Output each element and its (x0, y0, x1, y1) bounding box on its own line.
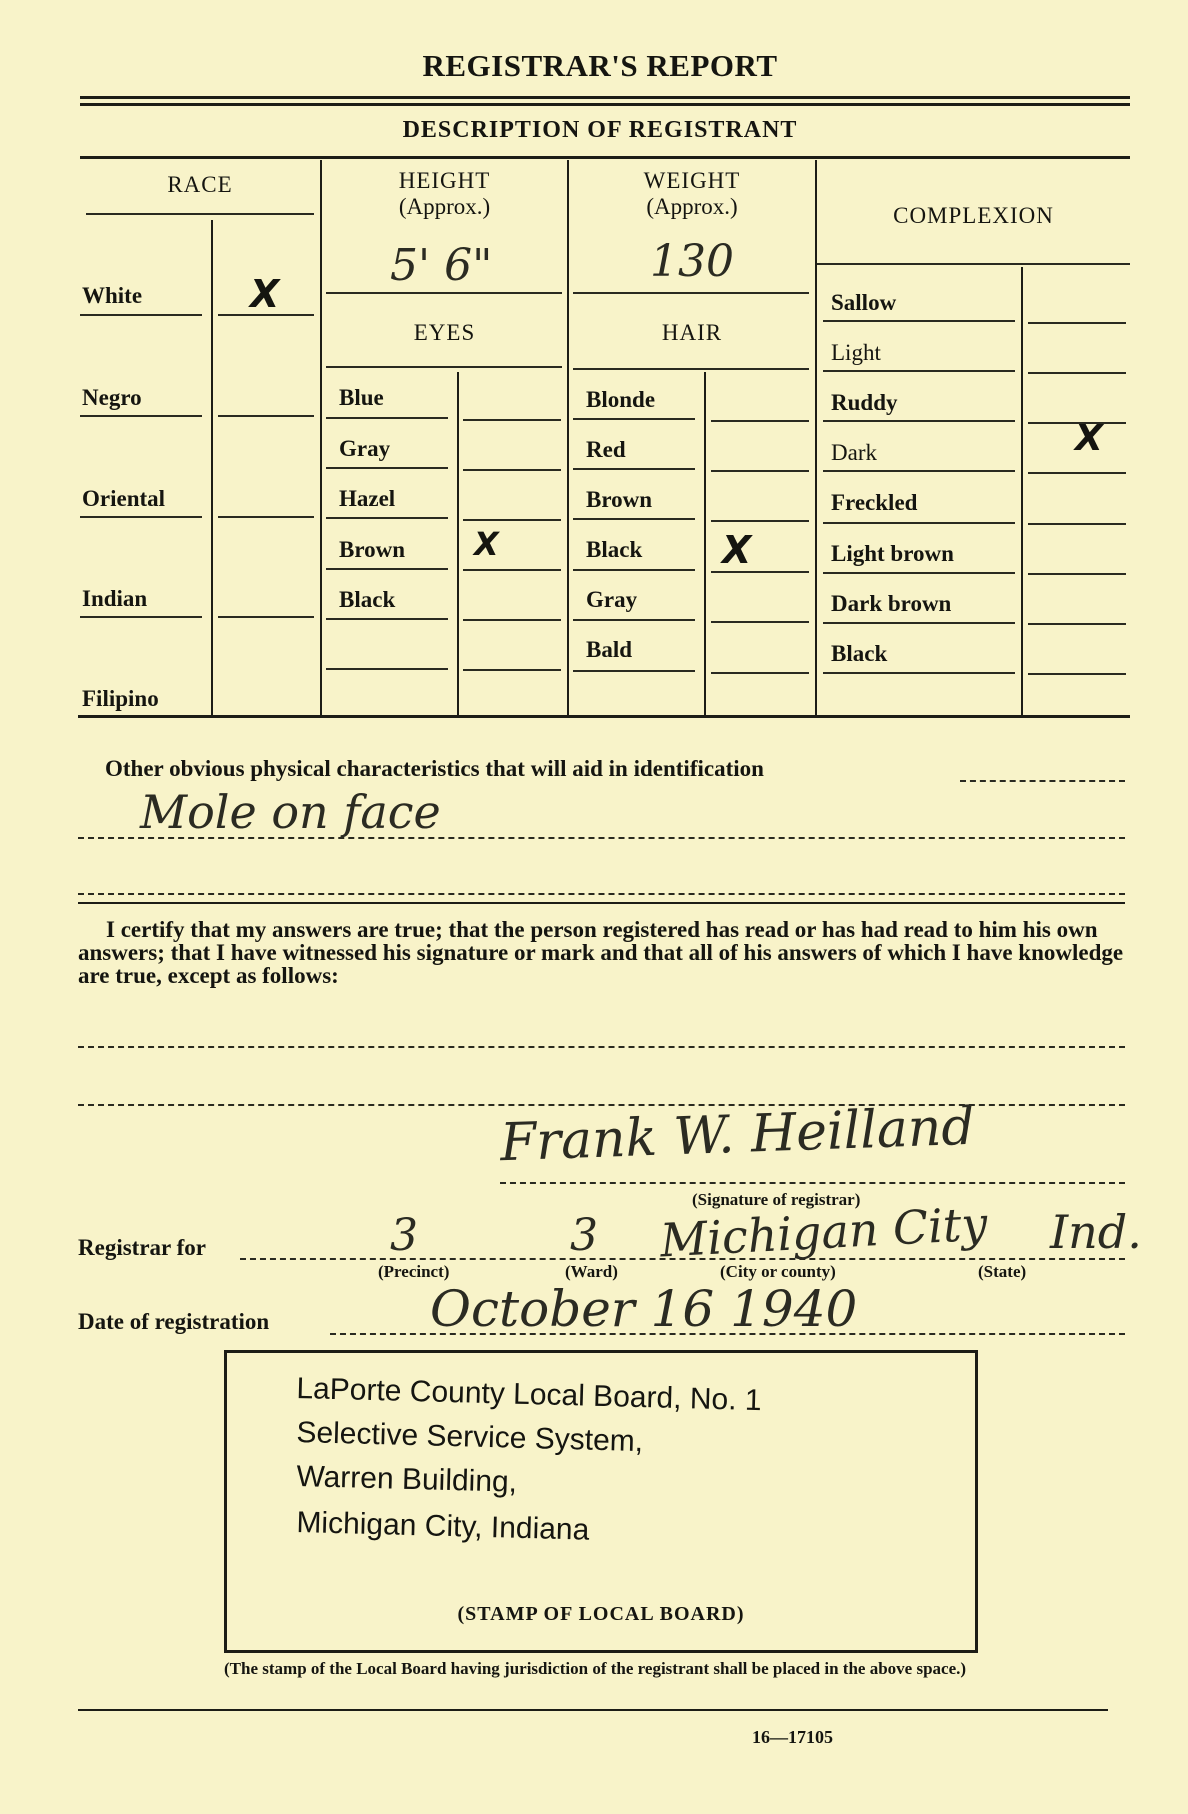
hair-option-red: Red (586, 437, 626, 463)
row-rule (80, 616, 202, 618)
hair-header-rule (573, 368, 809, 370)
eyes-option-blue: Blue (339, 385, 384, 411)
other-line (960, 780, 1125, 782)
weight-rule (573, 292, 809, 294)
form-number: 16—17105 (752, 1727, 833, 1748)
eyes-mark-divider (457, 372, 459, 715)
height-rule (326, 292, 562, 294)
eyes-check-hazel (463, 519, 561, 521)
other-characteristics-value[interactable]: Mole on face (140, 785, 441, 839)
row-rule (823, 672, 1015, 674)
row-rule (326, 517, 448, 519)
race-header-rule (86, 213, 314, 215)
row-rule (80, 314, 202, 316)
complexion-check-dark-brown (1028, 623, 1126, 625)
complexion-check-dark[interactable]: X (1075, 418, 1103, 459)
race-option-negro: Negro (82, 385, 142, 411)
signature-line (500, 1182, 1125, 1184)
race-option-white: White (82, 283, 142, 309)
table-bottom-rule (78, 715, 1130, 718)
hair-option-blonde: Blonde (586, 387, 655, 413)
weight-sub: (Approx.) (569, 194, 815, 219)
state-caption: (State) (978, 1262, 1026, 1282)
race-check-oriental (218, 516, 314, 518)
title-rule-1 (80, 96, 1130, 99)
eyes-option-black: Black (339, 587, 395, 613)
exception-line (78, 1046, 1125, 1048)
stamp-box: LaPorte County Local Board, No. 1 Select… (224, 1350, 978, 1653)
hair-check-red (711, 470, 809, 472)
complexion-check-sallow (1028, 322, 1126, 324)
hair-check-brown (711, 520, 809, 522)
eyes-header: EYES (322, 320, 567, 345)
complexion-header: COMPLEXION (817, 203, 1130, 228)
hair-check-bald (711, 672, 809, 674)
precinct-caption: (Precinct) (378, 1262, 449, 1282)
hair-check-gray (711, 621, 809, 623)
height-sub: (Approx.) (322, 194, 567, 219)
height-header: HEIGHT (322, 168, 567, 193)
complexion-option-black: Black (831, 641, 887, 667)
complexion-option-sallow: Sallow (831, 290, 896, 316)
hair-option-brown: Brown (586, 487, 652, 513)
complexion-check-light (1028, 372, 1126, 374)
col-divider (815, 160, 817, 715)
other-line (78, 837, 1125, 839)
city-caption: (City or county) (720, 1262, 836, 1282)
row-rule (326, 568, 448, 570)
row-rule (326, 467, 448, 469)
race-option-indian: Indian (82, 586, 147, 612)
title-rule-2 (80, 103, 1130, 106)
row-rule (573, 518, 695, 520)
stamp-line-3: Warren Building, (296, 1455, 518, 1505)
complexion-check-light-brown (1028, 573, 1126, 575)
row-rule (326, 417, 448, 419)
height-value[interactable]: 5' 6" (390, 240, 492, 291)
complexion-check-black (1028, 673, 1126, 675)
registrar-for-label: Registrar for (78, 1236, 206, 1259)
registrar-signature[interactable]: Frank W. Heilland (499, 1097, 975, 1174)
hair-mark-divider (704, 372, 706, 715)
row-rule (823, 470, 1015, 472)
race-option-filipino: Filipino (82, 686, 159, 712)
section-rule (78, 902, 1125, 904)
race-check-indian (218, 616, 314, 618)
row-rule (573, 418, 695, 420)
row-rule (573, 619, 695, 621)
col-divider (320, 160, 322, 715)
row-rule (218, 314, 314, 316)
stamp-instruction-note: (The stamp of the Local Board having jur… (224, 1660, 984, 1677)
date-label: Date of registration (78, 1310, 269, 1333)
hair-option-gray: Gray (586, 587, 637, 613)
complexion-option-dark: Dark (831, 440, 877, 466)
complexion-option-freckled: Freckled (831, 490, 917, 516)
section-subtitle: DESCRIPTION OF REGISTRANT (0, 117, 1188, 144)
weight-header: WEIGHT (569, 168, 815, 193)
row-rule (573, 468, 695, 470)
other-characteristics-label: Other obvious physical characteristics t… (105, 757, 764, 780)
footer-rule (78, 1709, 1108, 1711)
precinct-value[interactable]: 3 (390, 1210, 418, 1261)
hair-check-blonde (711, 420, 809, 422)
eyes-check-brown[interactable]: X (474, 525, 499, 563)
eyes-check-black (463, 619, 561, 621)
complexion-mark-divider (1021, 267, 1023, 715)
ward-caption: (Ward) (565, 1262, 618, 1282)
row-rule (80, 516, 202, 518)
row-rule (463, 569, 561, 571)
eyes-check-gray (463, 469, 561, 471)
race-check-negro (218, 415, 314, 417)
eyes-option-hazel: Hazel (339, 486, 395, 512)
certification-text: I certify that my answers are true; that… (78, 918, 1128, 987)
row-rule (823, 320, 1015, 322)
eyes-option-gray: Gray (339, 436, 390, 462)
row-rule (823, 370, 1015, 372)
race-check-white[interactable]: X (250, 272, 279, 316)
row-rule (1028, 472, 1126, 474)
complexion-option-dark-brown: Dark brown (831, 591, 951, 617)
eyes-header-rule (326, 366, 562, 368)
eyes-check-blue (463, 419, 561, 421)
hair-option-black: Black (586, 537, 642, 563)
race-option-oriental: Oriental (82, 486, 165, 512)
other-line (78, 893, 1125, 895)
report-title: REGISTRAR'S REPORT (0, 48, 1188, 84)
hair-option-bald: Bald (586, 637, 632, 663)
weight-value[interactable]: 130 (650, 236, 734, 287)
row-rule (823, 522, 1015, 524)
row-rule (573, 569, 695, 571)
row-rule (573, 670, 695, 672)
row-rule (823, 572, 1015, 574)
row-rule (823, 622, 1015, 624)
stamp-caption: (STAMP OF LOCAL BOARD) (227, 1603, 975, 1626)
row-rule (463, 669, 561, 671)
date-value[interactable]: October 16 1940 (430, 1280, 857, 1338)
row-rule (326, 668, 448, 670)
row-rule (80, 415, 202, 417)
eyes-option-brown: Brown (339, 537, 405, 563)
col-divider (567, 160, 569, 715)
race-header: RACE (80, 172, 320, 197)
table-top-rule (80, 156, 1130, 159)
complexion-option-ruddy: Ruddy (831, 390, 897, 416)
row-rule (326, 618, 448, 620)
row-rule (711, 571, 809, 573)
race-mark-divider (211, 220, 213, 715)
complexion-check-freckled (1028, 523, 1126, 525)
complexion-option-light: Light (831, 340, 881, 366)
complexion-option-light-brown: Light brown (831, 541, 954, 567)
state-value[interactable]: Ind. (1050, 1205, 1142, 1259)
hair-header: HAIR (569, 320, 815, 345)
ward-value[interactable]: 3 (570, 1210, 598, 1261)
row-rule (823, 420, 1015, 422)
complexion-header-rule (817, 263, 1130, 265)
hair-check-black[interactable]: X (722, 528, 751, 572)
stamp-line-4: Michigan City, Indiana (296, 1501, 590, 1553)
